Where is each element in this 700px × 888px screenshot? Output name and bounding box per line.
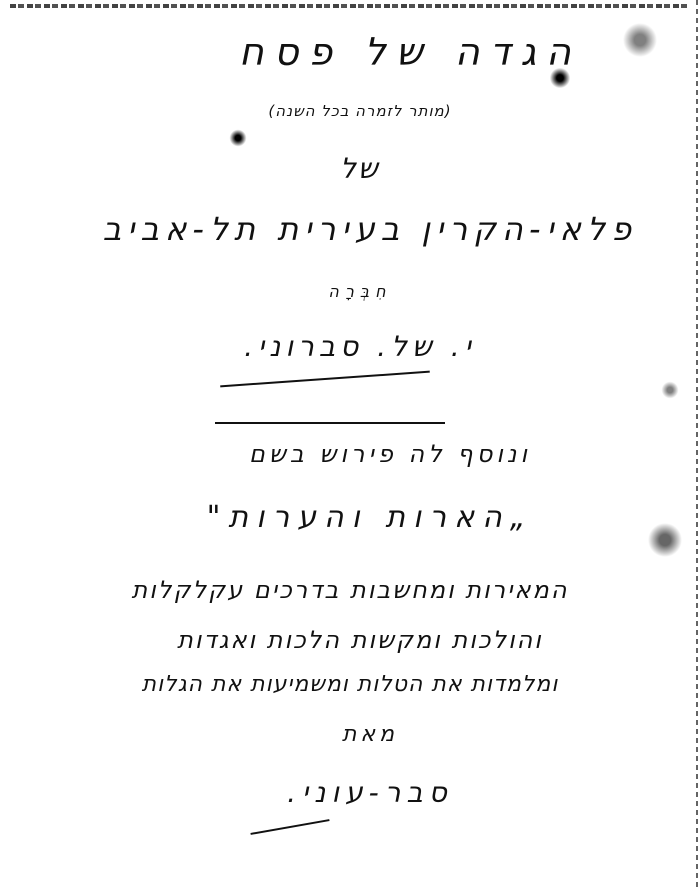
haggadah-title: הגדה של פסח — [0, 30, 700, 74]
commentary-intro: ונוסף לה פירוש בשם — [0, 440, 700, 468]
description-line-3: ומלמדות את הטלות ומשמיעות את הגלות — [0, 672, 700, 697]
scan-speck — [660, 380, 680, 400]
section-divider — [215, 422, 445, 424]
of-word: של — [0, 152, 700, 185]
commentary-title: „הארות והערות" — [0, 500, 700, 535]
composed-by-label: חִבְּרָה — [0, 282, 700, 301]
parenthetical-note: (מותר לזמרה בכל השנה) — [0, 102, 700, 120]
scanned-handwritten-page: הגדה של פסח (מותר לזמרה בכל השנה) של פלא… — [0, 0, 700, 888]
scan-edge-top — [10, 4, 690, 8]
signature: סבר-עוני. — [0, 776, 700, 809]
author-name: י. של. סברוני. — [0, 330, 700, 363]
description-line-2: והולכות ומקשות הלכות ואגדות — [0, 626, 700, 654]
description-line-1: המאירות ומחשבות בדרכים עקלקלות — [0, 576, 700, 604]
by-label: מאת — [0, 722, 700, 747]
publisher-line: פלאי-הקרין בעירית תל-אביב — [0, 210, 700, 248]
author-underline — [220, 371, 430, 388]
signature-underline — [250, 819, 329, 835]
scan-speck — [228, 128, 248, 148]
